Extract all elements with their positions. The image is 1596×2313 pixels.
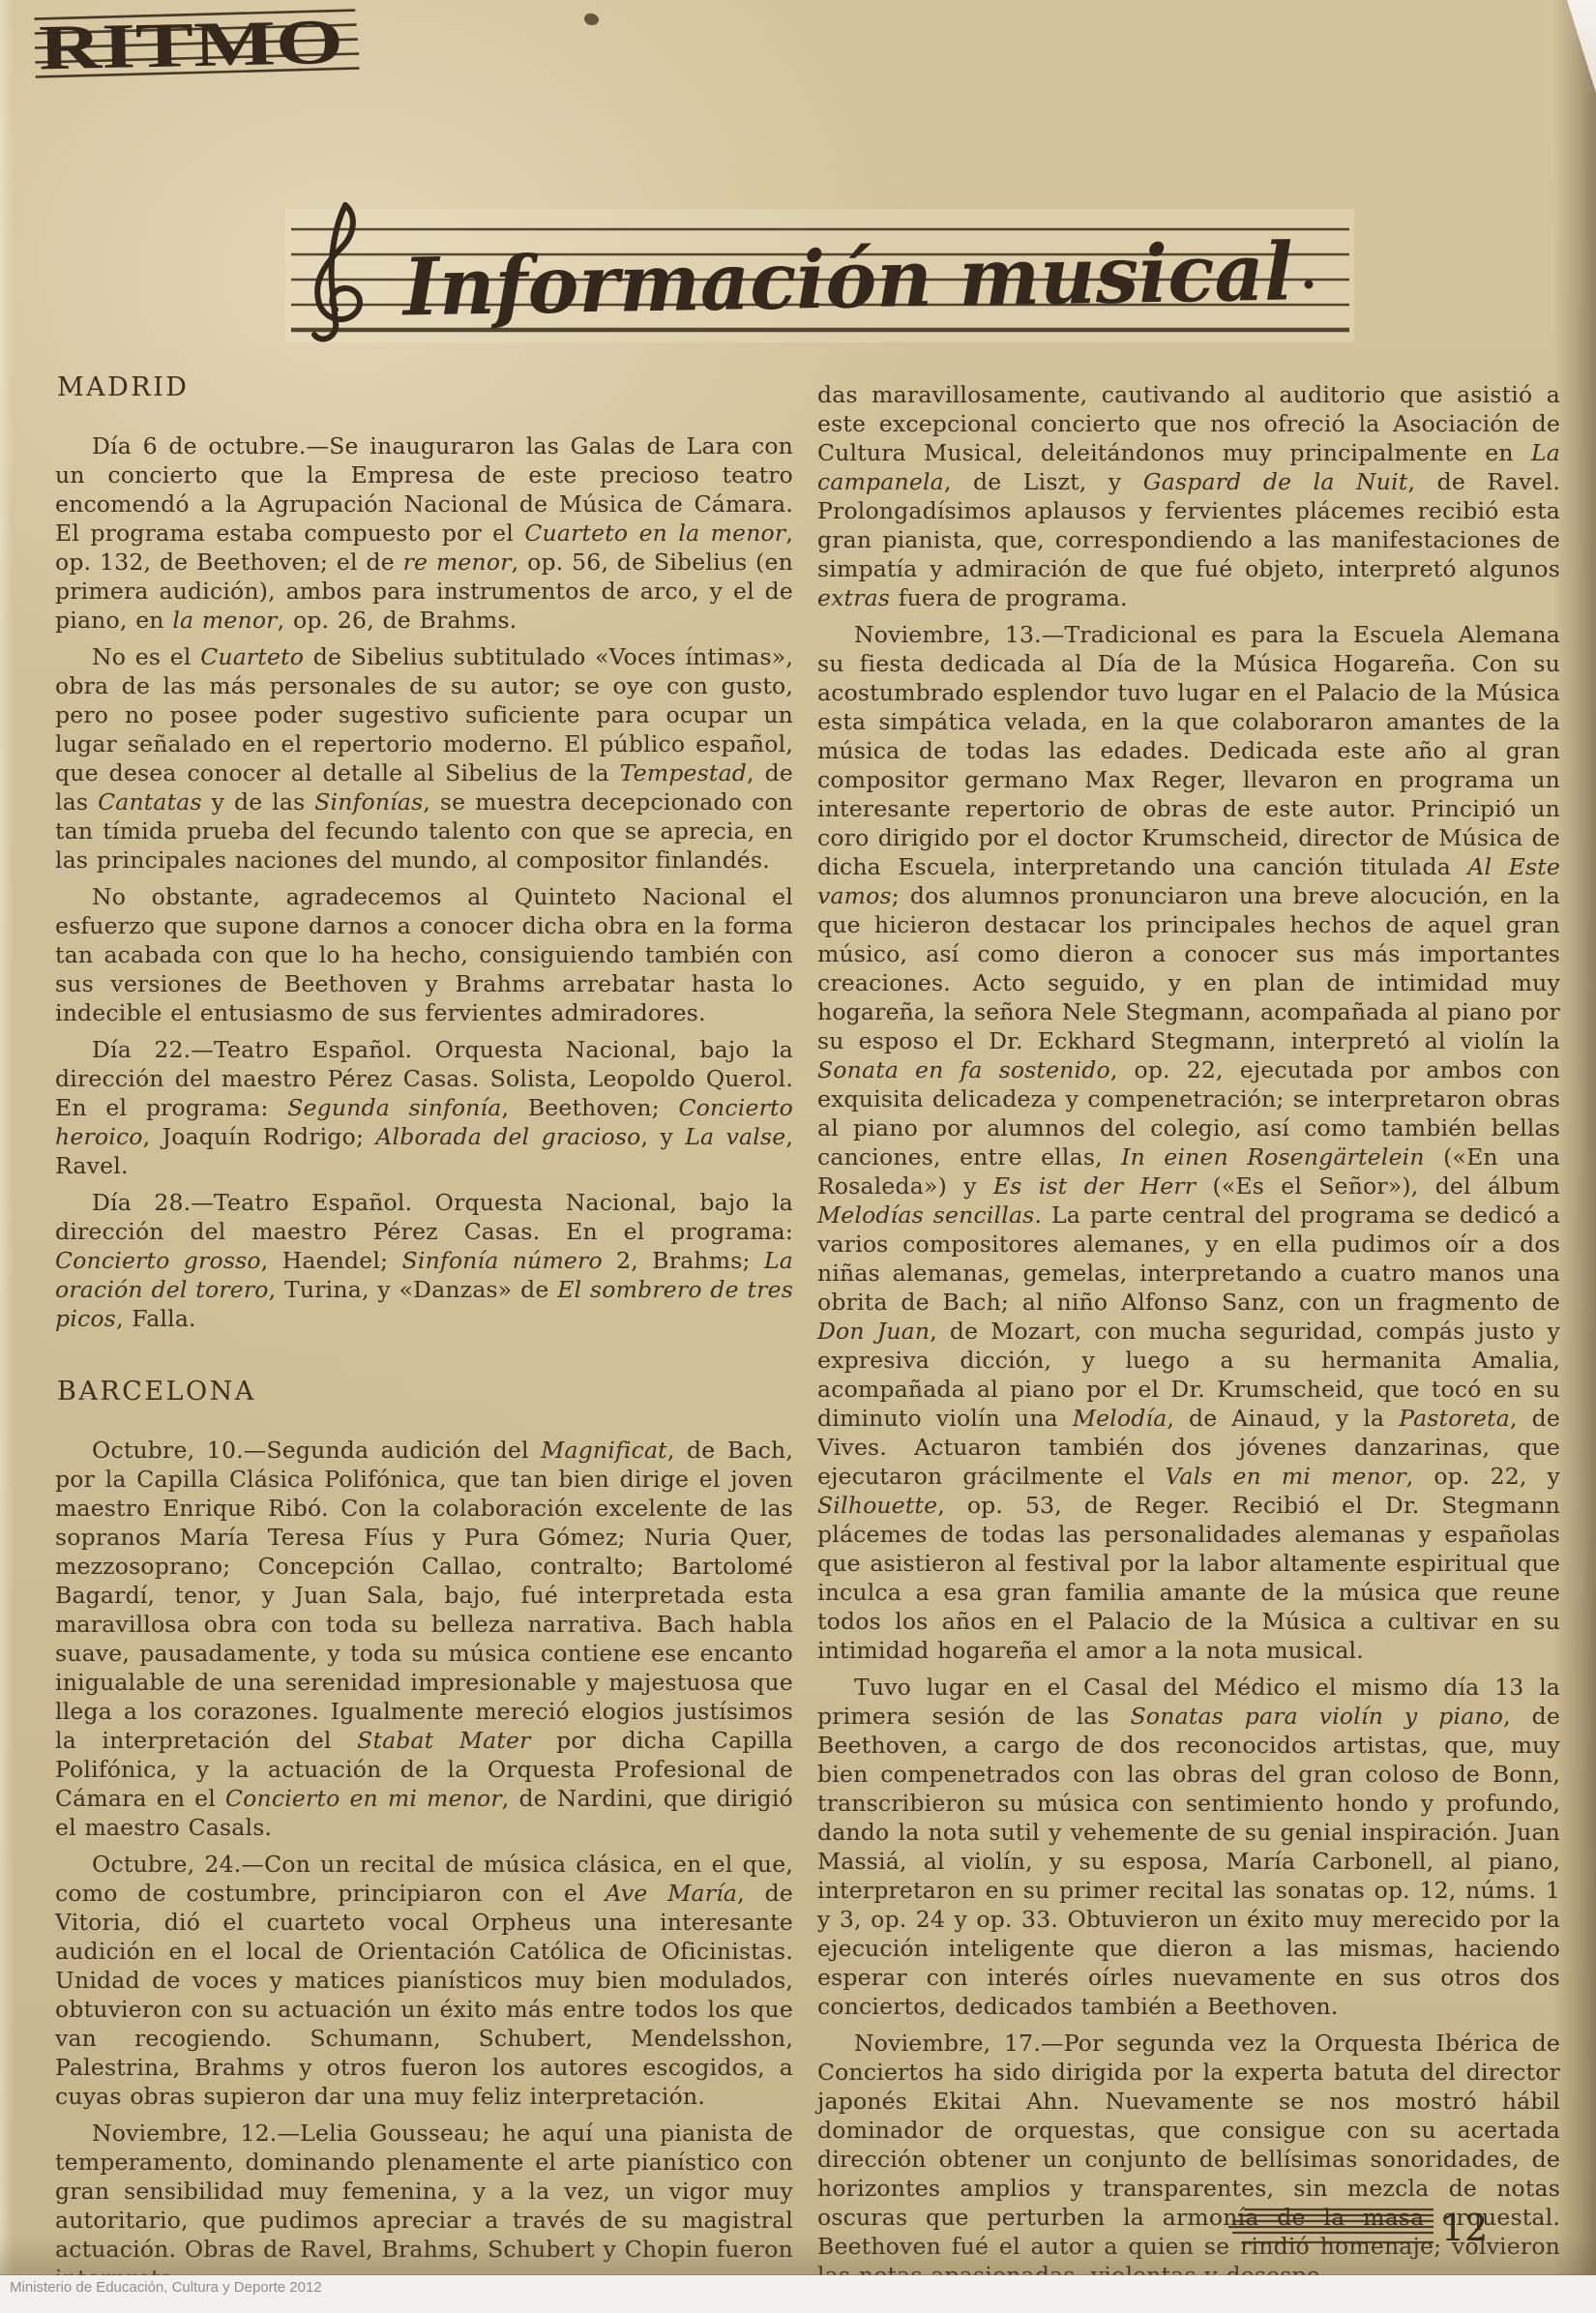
paragraph: das maravillosamente, cautivando al audi…: [817, 380, 1560, 612]
magazine-page-scan: { "masthead": { "text": "RITMO" }, "titl…: [0, 0, 1596, 2313]
section-heading-barcelona: BARCELONA: [57, 1378, 793, 1407]
digitization-watermark-bar: Ministerio de Educación, Cultura y Depor…: [0, 2275, 1596, 2313]
right-text-column: das maravillosamente, cautivando al audi…: [817, 380, 1560, 2298]
paragraph: Octubre, 10.—Segunda audición del Magnif…: [55, 1436, 793, 1842]
masthead-title: RITMO: [38, 7, 343, 84]
paragraph: No obstante, agradecemos al Quinteto Nac…: [55, 882, 793, 1027]
ritmo-masthead-logo: RITMO: [34, 3, 360, 89]
ink-speck: [583, 12, 601, 27]
paragraph: Día 28.—Teatro Español. Orquesta Naciona…: [55, 1188, 793, 1333]
page-title-script: Información musical: [400, 225, 1293, 334]
left-text-column: MADRIDDía 6 de octubre.—Se inauguraron l…: [55, 373, 793, 2300]
paragraph: Noviembre, 13.—Tradicional es para la Es…: [817, 620, 1560, 1665]
paper-left-edge: [0, 0, 14, 2275]
title-end-dot: [1305, 281, 1314, 289]
paragraph: No es el Cuarteto de Sibelius subtitulad…: [55, 642, 793, 875]
masthead-staff-lines: RITMO: [34, 3, 360, 85]
paragraph: Día 6 de octubre.—Se inauguraron las Gal…: [55, 431, 793, 635]
paragraph: Octubre, 24.—Con un recital de música cl…: [55, 1850, 793, 2111]
section-title-banner: Información musical: [285, 192, 1354, 360]
bottom-edge-shadow: [0, 2235, 1596, 2275]
watermark-text: Ministerio de Educación, Cultura y Depor…: [0, 2275, 322, 2296]
paragraph: Día 22.—Teatro Español. Orquesta Naciona…: [55, 1035, 793, 1180]
section-heading-madrid: MADRID: [57, 373, 793, 402]
paragraph: Tuvo lugar en el Casal del Médico el mis…: [817, 1673, 1560, 2021]
